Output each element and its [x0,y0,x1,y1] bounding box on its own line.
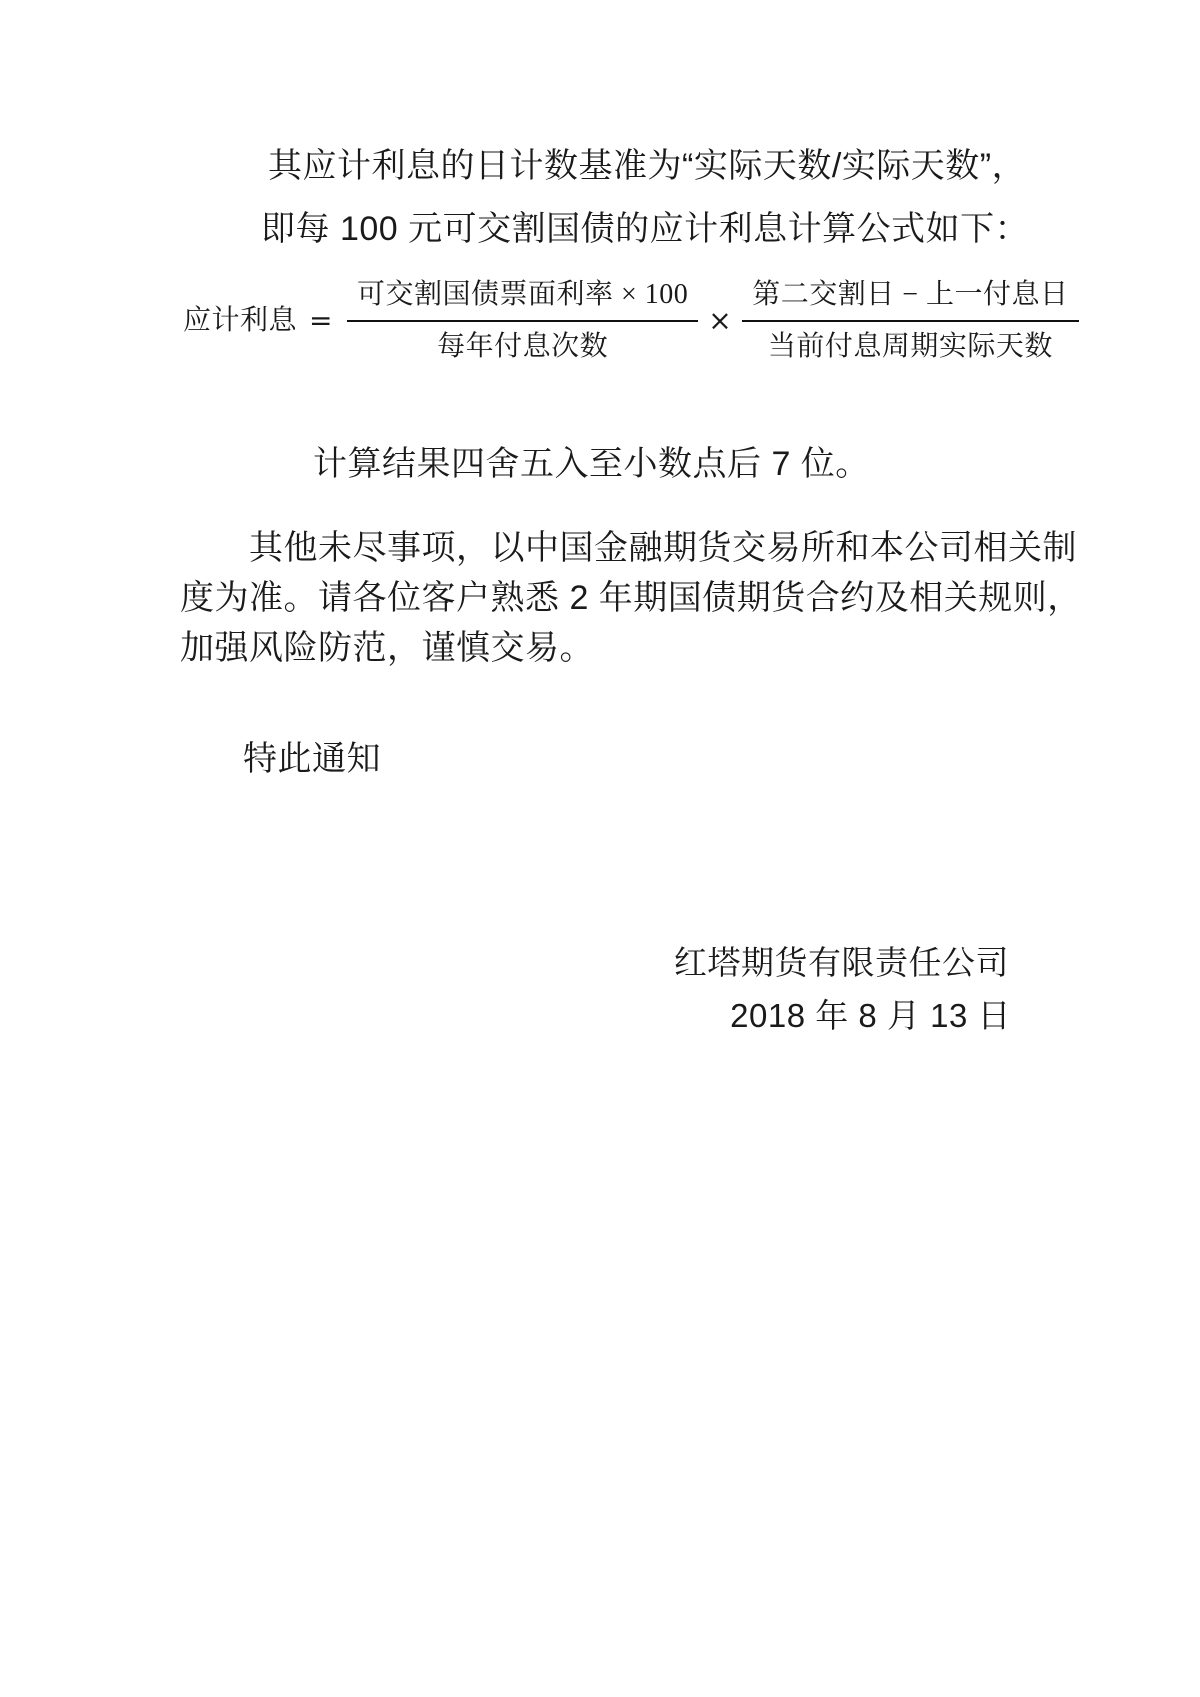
closing-paragraph-line3: 加强风险防范，谨慎交易。 [180,631,594,665]
document-page: 其应计利息的日计数基准为“实际天数/实际天数”， 即每 100 元可交割国债的应… [0,0,1200,1697]
closing-paragraph-line2: 度为准。请各位客户熟悉 2 年期国债期货合约及相关规则， [180,581,1082,615]
formula-fraction1-numerator: 可交割国债票面利率 × 100 [347,281,698,322]
notice-statement: 特此通知 [243,742,381,776]
formula-fraction-coupon: 可交割国债票面利率 × 100 每年付息次数 [347,281,698,361]
closing-paragraph-line1: 其他未尽事项，以中国金融期货交易所和本公司相关制 [249,531,1077,565]
intro-paragraph-line2: 即每 100 元可交割国债的应计利息计算公式如下： [261,212,1029,246]
formula-fraction-days: 第二交割日 − 上一付息日 当前付息周期实际天数 [742,281,1078,361]
formula-fraction2-denominator: 当前付息周期实际天数 [742,322,1078,361]
formula-lhs-label: 应计利息 [183,307,297,335]
signature-date: 2018 年 8 月 13 日 [730,999,1011,1032]
formula-multiply-sign: × [708,307,732,335]
formula-fraction1-denominator: 每年付息次数 [347,322,698,361]
formula-fraction2-numerator: 第二交割日 − 上一付息日 [742,281,1078,322]
intro-paragraph-line1: 其应计利息的日计数基准为“实际天数/实际天数”， [268,149,1026,183]
formula-equals-sign: = [309,307,333,335]
signature-company-name: 红塔期货有限责任公司 [674,946,1009,979]
rounding-note: 计算结果四舍五入至小数点后 7 位。 [313,447,870,481]
accrued-interest-formula: 应计利息 = 可交割国债票面利率 × 100 每年付息次数 × 第二交割日 − … [183,281,1079,361]
